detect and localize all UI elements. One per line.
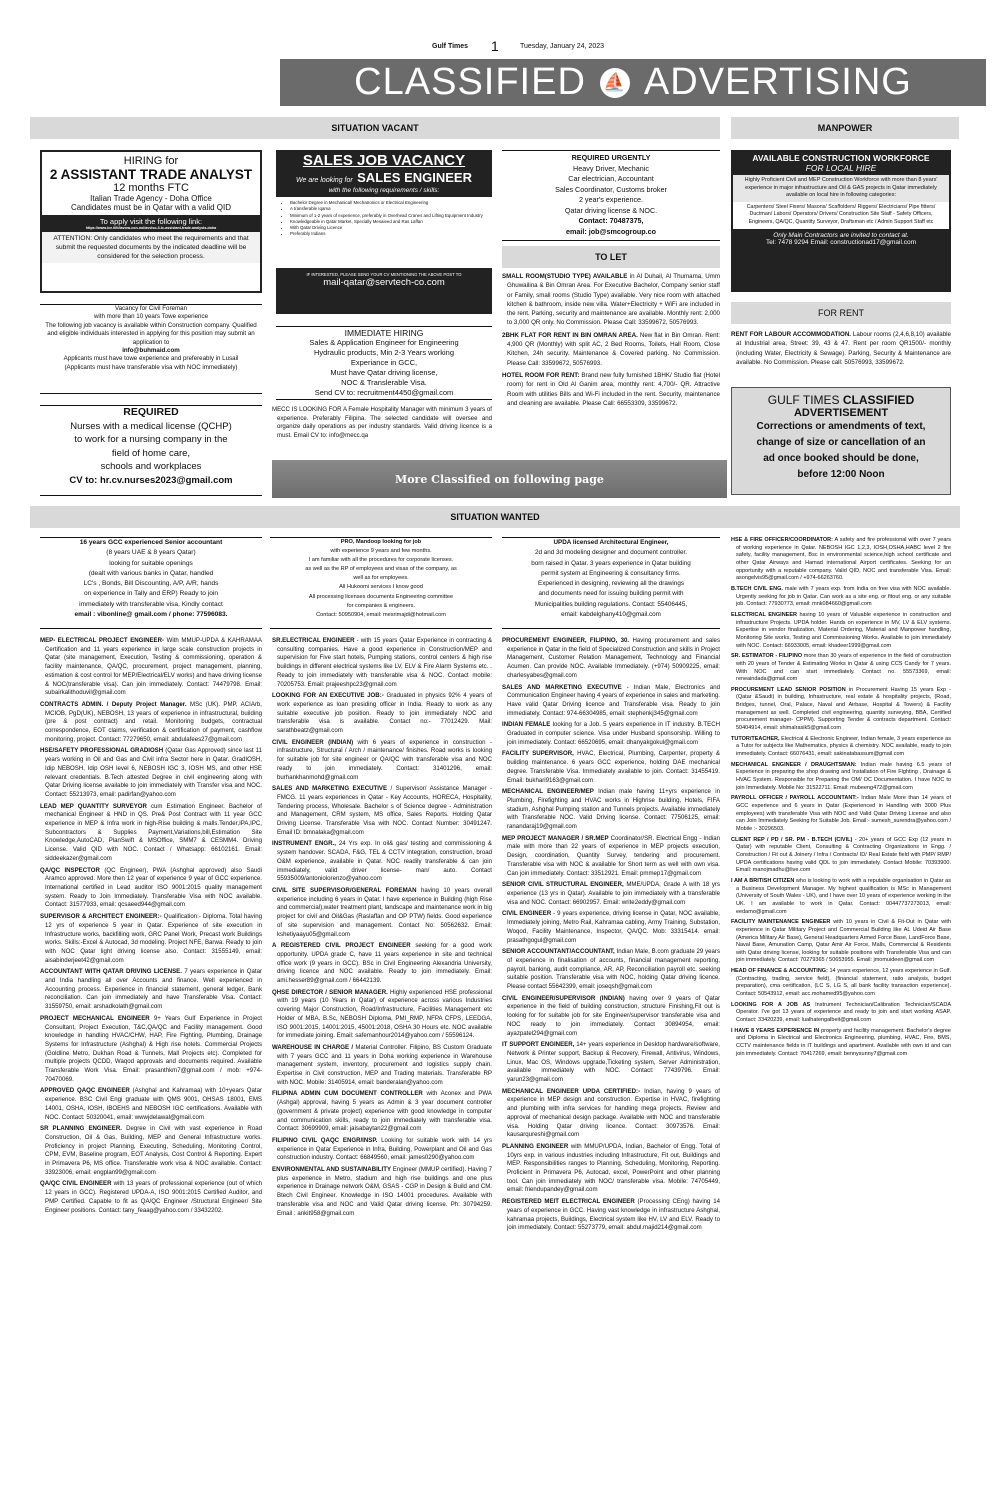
listing-text: Highly experienced HSE professional with… xyxy=(277,989,492,1040)
listing-text: (Qatar Gas Approved) since last 11 years… xyxy=(45,747,262,798)
listing: LEAD MEP QUANTITY SURVEYOR cum Estimatio… xyxy=(40,803,262,864)
listing: QA/QC INSPECTOR (QC Engineer), PWA (Ashg… xyxy=(40,867,262,911)
listing-heading: ENVIRONMENTAL AND SUSTAINABILITY xyxy=(272,1166,391,1173)
listing-heading: CIVIL ENGINEER (INDIAN) xyxy=(272,739,353,746)
ad-contact: Contact: 70487375, xyxy=(502,216,720,227)
ad-text: Candidates must be in Qatar with a valid… xyxy=(42,203,260,215)
listing-text: / Supervisor/ Assistance Manager - FMCG.… xyxy=(277,785,492,836)
listing: INSTRUMENT ENGR., 24 Yrs exp. In oil& ga… xyxy=(272,840,492,884)
listing: I HAVE 8 YEARS EXPERIENCE IN property an… xyxy=(731,1028,951,1059)
listing: WAREHOUSE IN CHARGE / Material Controlle… xyxy=(272,1044,492,1088)
ad-text: as well as the RP of employees and visas… xyxy=(270,565,492,574)
notice-heading: ADVERTISEMENT xyxy=(732,407,950,419)
listing-heading: MECHANICAL ENGINEER UPDA CERTIFIED:- xyxy=(502,1088,640,1095)
notice-text: ad once booked should be done, xyxy=(732,451,950,467)
ad-text: IF INTERESTED, PLEASE SEND YOUR CV MENTI… xyxy=(276,268,492,277)
listing: PLANNING ENGINEER with MMUP/UPDA, Indian… xyxy=(502,1143,720,1195)
ad-note: (Applicants must have transferable visa … xyxy=(40,364,262,372)
listing: SUPERVISOR & ARCHITECT ENGINEER:- Qualif… xyxy=(40,913,262,965)
listing: CLIENT REP / PD / SR. PM - B.TECH (CIVIL… xyxy=(731,837,951,875)
for-rent-listings: RENT FOR LABOUR ACCOMMODATION. Labour ro… xyxy=(731,330,951,370)
listing: HSE & FIRE OFFICER/COORDINATOR: A safety… xyxy=(731,537,951,583)
masthead-right: ADVERTISING xyxy=(644,61,912,104)
listing: PROJECT MECHANICAL ENGINEER 9+ Years Gul… xyxy=(40,1015,262,1085)
listing-heading: LOOKING FOR A JOB AS xyxy=(731,1002,810,1008)
apply-label: To apply visit the following link: xyxy=(43,217,259,226)
ad-text: Experiance in GCC, xyxy=(276,358,492,368)
listing: CIVIL ENGINEER (INDIAN) with 6 years of … xyxy=(272,739,492,783)
listing-heading: RENT FOR LABOUR ACCOMMODATION. xyxy=(731,331,851,338)
ad-senior-accountant: 16 years GCC experienced Senior accounta… xyxy=(40,537,262,629)
listing-heading: SMALL ROOM(STUDIO TYPE) AVAILABLE xyxy=(502,273,627,280)
listing-heading: PROCUREMENT LEAD SENIOR POSITION xyxy=(731,687,846,693)
listing-heading: A REGISTERED CIVIL PROJECT ENGINEER xyxy=(272,942,411,949)
ad-text: HIRING for xyxy=(42,152,260,167)
ad-email[interactable]: info@buhmaid.com xyxy=(40,347,262,355)
folio-line: Gulf Times 1 Tuesday, January 24, 2023 xyxy=(0,40,992,54)
listing: PROCUREMENT LEAD SENIOR POSITION in Proc… xyxy=(731,687,951,733)
listing-heading: HSE/SAFETY PROFESSIONAL GRADIOSH xyxy=(40,747,163,754)
section-manpower: MANPOWER xyxy=(731,117,959,139)
ad-nurses: REQUIRED Nurses with a medical license (… xyxy=(40,405,262,496)
notice-text: change of size or cancellation of an xyxy=(732,435,950,451)
ad-contact: email: kabdelghany410@gmail.com xyxy=(502,610,720,620)
ad-headline: Vacancy for Civil Foreman xyxy=(40,305,262,313)
ad-text: (8 years UAE & 8 years Qatar) xyxy=(40,548,262,558)
listing: REGISTERED MEIT ELECTRICAL ENGINEER (Pro… xyxy=(502,1198,720,1233)
ad-text: All processing licenses documents Engine… xyxy=(270,593,492,602)
listing-heading: CIVIL ENGINEER/SUPERVISOR (INDIAN) xyxy=(502,995,625,1002)
publication-name: Gulf Times xyxy=(432,43,468,50)
listing-heading: B.TECH CIVIL ENG. xyxy=(731,586,783,592)
ad-text: immediately with transferable visa. Kind… xyxy=(40,600,262,610)
notice-text: Corrections or amendments of text, xyxy=(732,419,950,435)
listing: HEAD OF FINANCE & ACCOUNTING: 14 years e… xyxy=(731,968,951,999)
ad-intro: Highly Proficient Civil and MEP Construc… xyxy=(733,175,949,202)
ad-note: Applicants must have towe experience and… xyxy=(40,355,262,363)
listing-text: 9+ Years Gulf Experience in Project Cons… xyxy=(45,1015,262,1083)
listing-heading: MECHANICAL ENGINEER/MEP xyxy=(502,788,594,795)
listing: MECHANICAL ENGINEER UPDA CERTIFIED:- Ind… xyxy=(502,1088,720,1140)
ad-email[interactable]: Send CV to: recruitment4450@gmail.com xyxy=(276,388,492,398)
listing-heading: I HAVE 8 YEARS EXPERIENCE IN xyxy=(731,1028,819,1034)
requirement-item: Preferably Indians xyxy=(290,231,486,237)
listing-heading: PROCUREMENT ENGINEER, FILIPINO, 30. xyxy=(502,637,629,644)
listing-heading: SENIOR ACCOUNTANT/ACCOUNTANT, xyxy=(502,948,615,955)
ad-headline: SALES JOB VACANCY xyxy=(276,150,492,169)
listing-heading: LOOKING FOR AN EXECUTIVE JOB:- xyxy=(272,692,384,699)
ad-text: The following job vacancy is available w… xyxy=(40,322,262,347)
listing: FILIPINO CIVIL QAQC ENGR/INSP. Looking f… xyxy=(272,1137,492,1163)
listing-heading: IT SUPPORT ENGINEER, xyxy=(502,1041,574,1048)
ad-text: 12 months FTC xyxy=(42,182,260,194)
ad-text: permit system at Engineering & consultan… xyxy=(502,569,720,579)
listing: TUTOR/TEACHER, Electrical & Electronic E… xyxy=(731,736,951,759)
listing-heading: SR.ELECTRICAL ENGINEER xyxy=(272,637,355,644)
notice-brand: CLASSIFIED xyxy=(843,393,914,407)
listing-heading: CIVIL ENGINEER xyxy=(502,910,551,917)
listing-heading: 2BHK FLAT FOR RENT IN BIN OMRAN AREA. xyxy=(502,332,638,339)
listing: LOOKING FOR AN EXECUTIVE JOB:- Graduated… xyxy=(272,692,492,736)
listing-text: With MMUP-UPDA & KAHRAMAA Certification … xyxy=(45,637,262,696)
listing: FACILITY MAINTENANCE ENGINEER with 10 ye… xyxy=(731,919,951,965)
notice-text: before 12:00 Noon xyxy=(732,467,950,483)
ad-text: Sales & Application Engineer for Enginee… xyxy=(276,338,492,348)
listing: I AM A BRITISH CITIZEN who is looking to… xyxy=(731,878,951,916)
listing-heading: LEAD MEP QUANTITY SURVEYOR xyxy=(40,803,147,810)
section-to-let: TO LET xyxy=(502,246,720,268)
ad-contact: Contact: 50950904, email: mesrimajdi@hot… xyxy=(270,611,492,620)
more-classified-banner[interactable]: More Classified on following page xyxy=(272,460,727,498)
ad-immediate-hiring: IMMEDIATE HIRING Sales & Application Eng… xyxy=(276,326,492,400)
listing-heading: FACILITY MAINTENANCE ENGINEER xyxy=(731,919,830,925)
ad-role: SALES ENGINEER xyxy=(357,170,472,185)
ad-text: with the following requirements / skills… xyxy=(276,187,492,194)
ad-text: schools and workplaces xyxy=(40,460,262,474)
listing: PAYROLL OFFICER / PAYROLL ACCOUNTANT:- I… xyxy=(731,795,951,833)
ad-headline: 16 years GCC experienced Senior accounta… xyxy=(40,538,262,548)
ad-text: All Hukoomi services I know good xyxy=(270,583,492,592)
masthead: CLASSIFIED ⛵ ADVERTISING xyxy=(280,59,986,106)
listing-heading: QA/QC CIVIL ENGINEER xyxy=(40,1180,112,1187)
listing: QA/QC CIVIL ENGINEER with 13 years of pr… xyxy=(40,1180,262,1215)
ad-text: with experience 9 years and few months. xyxy=(270,547,492,556)
ad-text: born raised in Qatar. 3 years experience… xyxy=(502,559,720,569)
listing: APPROVED QAQC ENGINEER (Ashghal and Kahr… xyxy=(40,1087,262,1122)
listing: B.TECH CIVIL ENG. male with 7 years exp.… xyxy=(731,586,951,609)
listing: HOTEL ROOM FOR RENT: Brand new fully fur… xyxy=(502,371,720,408)
ad-text: (dealt with various banks in Qatar, hand… xyxy=(40,569,262,579)
listing: FILIPINA ADMIN CUM DOCUMENT CONTROLLER w… xyxy=(272,1090,492,1134)
listing-text: MECC IS LOOKING FOR A Female Hospitality… xyxy=(272,406,492,440)
ad-email[interactable]: mail-qatar@servtech-co.com xyxy=(276,277,492,288)
listing-heading: QHSE DIRECTOR / SENIOR MANAGER. xyxy=(272,989,388,996)
ad-text: and documents need for issuing building … xyxy=(502,589,720,599)
listing: SR PLANNING ENGINEER. Degree in Civil wi… xyxy=(40,1125,262,1177)
apply-link[interactable]: https://www.ice.it/it/lavora-con-noi/avv… xyxy=(43,226,259,230)
listing: A REGISTERED CIVIL PROJECT ENGINEER seek… xyxy=(272,942,492,986)
listing: ACCOUNTANT WITH QATAR DRIVING LICENSE. 7… xyxy=(40,968,262,1012)
listing: PROCUREMENT ENGINEER, FILIPINO, 30. Havi… xyxy=(502,637,720,681)
listing: 2BHK FLAT FOR RENT IN BIN OMRAN AREA. Ne… xyxy=(502,331,720,368)
listing-heading: CIVIL SITE SUPERVISOR/GENERAL FOREMAN xyxy=(272,887,416,894)
ad-headline: UPDA licensed Architectural Engineer, xyxy=(502,538,720,548)
ad-text: Heavy Driver, Mechanic xyxy=(502,164,720,175)
ad-text: Hydraulic products, Min 2-3 Years workin… xyxy=(276,348,492,358)
listing-heading: SENIOR CIVIL STRUCTURAL ENGINEER, xyxy=(502,881,624,888)
attention-note: ATTENTION: Only candidates who meet the … xyxy=(42,232,260,263)
ad-contact: Tel: 7478 9294 Email: constructionad17@g… xyxy=(731,239,951,246)
ad-text: LC's , Bonds, Bill Discounting, A/P, A/R… xyxy=(40,579,262,589)
listing-heading: SR. ESTIMATOR - FILIPINO xyxy=(731,653,802,659)
ad-text: for companies & engineers. xyxy=(270,602,492,611)
ad-text: 2 year's experience. xyxy=(502,195,720,206)
listing-heading: INSTRUMENT ENGR., xyxy=(272,840,336,847)
listing: CIVIL SITE SUPERVISOR/GENERAL FOREMAN ha… xyxy=(272,887,492,939)
ad-contact: email : vibonline@ gmail.com / phone: 77… xyxy=(40,610,262,620)
listing-heading: HSE & FIRE OFFICER/COORDINATOR: xyxy=(731,537,833,543)
listing-text: Engineer (MMUP certified). Having 7 plus… xyxy=(277,1166,492,1217)
listing-heading: HEAD OF FINANCE & ACCOUNTING: xyxy=(731,968,828,974)
ad-text: Must have Qatar driving license, xyxy=(276,368,492,378)
listing-text: in Al Duhail, Al Thumama, Umm Ghuwailina… xyxy=(507,273,720,326)
to-let-listings: SMALL ROOM(STUDIO TYPE) AVAILABLE in Al … xyxy=(502,272,720,411)
section-situation-wanted: SITUATION WANTED xyxy=(30,506,960,528)
ad-text: Experienced in designing, reviewing all … xyxy=(502,579,720,589)
listing-text: cum Estimation Engineer. Bachelor of mec… xyxy=(45,803,262,862)
ad-text: to work for a nursing company in the xyxy=(40,433,262,447)
requirement-item: Minimum of 1-2 years of experience, pref… xyxy=(290,213,486,219)
ad-headline: REQUIRED URGENTLY xyxy=(502,153,720,164)
issue-date: Tuesday, January 24, 2023 xyxy=(520,43,604,50)
listing-heading: SR PLANNING ENGINEER. xyxy=(40,1125,122,1132)
listing-heading: PROJECT MECHANICAL ENGINEER xyxy=(40,1015,150,1022)
page-number: 1 xyxy=(491,38,499,54)
listing-heading: SALES AND MARKETING EXECUTIVE xyxy=(272,785,387,792)
listing: ELECTRICAL ENGINEER having 10 years of V… xyxy=(731,612,951,650)
requirements-list: Bachelor Degree in Mechanical/ Mechatron… xyxy=(276,197,492,268)
ad-upda-architect: UPDA licensed Architectural Engineer, 2d… xyxy=(502,537,720,629)
listing: SALES AND MARKETING EXECUTIVE / Supervis… xyxy=(272,785,492,837)
listing-text: with MMUP/UPDA, Indian, Bachelor of Engg… xyxy=(507,1143,720,1194)
wanted-column-2: SR.ELECTRICAL ENGINEER - with 15 years Q… xyxy=(272,637,492,1221)
listing-heading: PLANNING ENGINEER xyxy=(502,1143,568,1150)
ad-sales-engineer: SALES JOB VACANCY We are looking for SAL… xyxy=(276,150,492,314)
listing-text: Degree in Civil with vast experience in … xyxy=(45,1125,262,1176)
ad-email[interactable]: email: job@smcogroup.co xyxy=(502,227,720,238)
listing: QHSE DIRECTOR / SENIOR MANAGER. Highly e… xyxy=(272,989,492,1041)
listing-text: in Procurement Having 15 years Exp - (Qa… xyxy=(736,687,951,731)
ad-text: on experience in Tally and ERP) Ready to… xyxy=(40,589,262,599)
wanted-column-1: MEP- ELECTRICAL PROJECT ENGINEER- With M… xyxy=(40,637,262,1218)
listing: ENVIRONMENTAL AND SUSTAINABILITY Enginee… xyxy=(272,1166,492,1218)
listing: CONTRACTS ADMIN. / Deputy Project Manage… xyxy=(40,701,262,745)
listing-heading: TUTOR/TEACHER, xyxy=(731,736,779,742)
corrections-notice: GULF TIMES CLASSIFIED ADVERTISEMENT Corr… xyxy=(731,387,951,495)
listing: IT SUPPORT ENGINEER, 14+ years experienc… xyxy=(502,1041,720,1085)
notice-brand: GULF TIMES xyxy=(768,393,840,407)
ad-text: looking for suitable openings xyxy=(40,559,262,569)
listing-heading: CLIENT REP / PD / SR. PM - B.TECH (CIVIL… xyxy=(731,837,852,843)
listing-heading: SUPERVISOR & ARCHITECT ENGINEER:- xyxy=(40,913,161,920)
listing-heading: APPROVED QAQC ENGINEER xyxy=(40,1087,130,1094)
listing: SENIOR CIVIL STRUCTURAL ENGINEER, MME/UP… xyxy=(502,881,720,907)
listing-heading: QA/QC INSPECTOR xyxy=(40,867,100,874)
ad-text: with more than 10 years Towe experience xyxy=(40,313,262,321)
listing-heading: MECHANICAL ENGINEER / DRAUGHTSMAN: xyxy=(731,762,857,768)
listing-heading: ACCOUNTANT WITH QATAR DRIVING LICENSE. xyxy=(40,968,182,975)
listing: CIVIL ENGINEER - 9 years experience, dri… xyxy=(502,910,720,945)
listing: SALES AND MARKETING EXECUTIVE - Indian M… xyxy=(502,684,720,719)
listing-heading: FACILITY SUPERVISOR, xyxy=(502,750,574,757)
listing-text: Qualification:- Diploma. Total having 12… xyxy=(45,913,262,964)
listing-heading: REGISTERED MEIT ELECTRICAL ENGINEER xyxy=(502,1198,635,1205)
listing: HSE/SAFETY PROFESSIONAL GRADIOSH (Qatar … xyxy=(40,747,262,799)
listing-text: A safety and fire professional with over… xyxy=(736,537,951,581)
listing: FACILITY SUPERVISOR, HVAC, Electrical, P… xyxy=(502,750,720,785)
listing-heading: MEP PROJECT MANAGER / SR.MEP xyxy=(502,835,609,842)
ad-civil-foreman: Vacancy for Civil Foreman with more than… xyxy=(40,304,262,394)
ad-text: Italian Trade Agency - Doha Office xyxy=(42,194,260,203)
section-situation-vacant: SITUATION VACANT xyxy=(30,117,720,139)
ad-text: FOR LOCAL HIRE xyxy=(731,163,951,173)
listing: SMALL ROOM(STUDIO TYPE) AVAILABLE in Al … xyxy=(502,272,720,328)
ad-text: Only Main Contractors are invited to con… xyxy=(731,229,951,239)
ad-text: Nurses with a medical license (QCHP) xyxy=(40,420,262,434)
listing: CIVIL ENGINEER/SUPERVISOR (INDIAN) havin… xyxy=(502,995,720,1039)
listing: SENIOR ACCOUNTANT/ACCOUNTANT, Indian Mal… xyxy=(502,948,720,992)
ad-headline: IMMEDIATE HIRING xyxy=(276,328,492,338)
listing-heading: INDIAN FEMALE xyxy=(502,721,550,728)
ad-text: NOC & Translerable Visa. xyxy=(276,378,492,388)
listing: MECHANICAL ENGINEER / DRAUGHTSMAN: India… xyxy=(731,762,951,793)
section-for-rent: FOR RENT xyxy=(731,302,951,324)
listing-heading: PAYROLL OFFICER / PAYROLL ACCOUNTANT:- xyxy=(731,795,859,801)
listing: SR.ELECTRICAL ENGINEER - with 15 years Q… xyxy=(272,637,492,689)
listing-heading: ELECTRICAL ENGINEER xyxy=(731,612,797,618)
ad-text: We are looking for xyxy=(296,177,353,184)
wanted-column-3: PROCUREMENT ENGINEER, FILIPINO, 30. Havi… xyxy=(502,637,720,1236)
wanted-column-4: HSE & FIRE OFFICER/COORDINATOR: A safety… xyxy=(731,537,951,1061)
ad-text: Qatar driving license & NOC. xyxy=(502,206,720,217)
listing-text: Indian, having 9 years of experience in … xyxy=(507,1088,720,1139)
listing-heading: FILIPINO CIVIL QAQC ENGR/INSP. xyxy=(272,1137,377,1144)
listing: MEP- ELECTRICAL PROJECT ENGINEER- With M… xyxy=(40,637,262,698)
listing: RENT FOR LABOUR ACCOMMODATION. Labour ro… xyxy=(731,330,951,367)
ad-email[interactable]: CV to: hr.cv.nurses2023@gmail.com xyxy=(40,474,262,488)
listing: SR. ESTIMATOR - FILIPINO more than 30 ye… xyxy=(731,653,951,684)
listing-heading: HOTEL ROOM FOR RENT: xyxy=(502,372,579,379)
dhow-boat-icon: ⛵ xyxy=(600,68,630,98)
ad-pro-mandoop: PRO, Mandoop looking for job with experi… xyxy=(270,537,492,629)
ad-text: I am familiar with all the procedures fo… xyxy=(270,556,492,565)
listing: MEP PROJECT MANAGER / SR.MEP Coordinator… xyxy=(502,835,720,879)
listing-text: with 10 years in Civil & Fit-Out in Qata… xyxy=(736,919,951,963)
ad-text: Sales Coordinator, Customs broker xyxy=(502,185,720,196)
listing: MECHANICAL ENGINEER/MEP Indian male havi… xyxy=(502,788,720,832)
listing: LOOKING FOR A JOB AS Instrument Technici… xyxy=(731,1002,951,1025)
ad-headline: REQUIRED xyxy=(40,406,262,420)
listing: INDIAN FEMALE looking for a Job. 5 years… xyxy=(502,721,720,747)
ad-headline: PRO, Mandoop looking for job xyxy=(270,538,492,547)
ad-text: field of home care, xyxy=(40,447,262,461)
listing-heading: FILIPINA ADMIN CUM DOCUMENT CONTROLLER xyxy=(272,1090,423,1097)
listing-text: having 10 years overall experience inclu… xyxy=(277,887,492,938)
ad-text: Municipalities building regulations. Con… xyxy=(502,600,720,610)
listing-heading: MEP- ELECTRICAL PROJECT ENGINEER- xyxy=(40,637,164,644)
listing-heading: CONTRACTS ADMIN. / Deputy Project Manage… xyxy=(40,701,187,708)
ad-text: Car electrician, Accountant xyxy=(502,174,720,185)
masthead-left: CLASSIFIED xyxy=(354,61,586,104)
listing-text: - with 15 years Qatar Experience in cont… xyxy=(277,637,492,688)
ad-text: well as for employees. xyxy=(270,574,492,583)
listing-heading: WAREHOUSE IN CHARGE / xyxy=(272,1044,353,1051)
ad-text: 2d and 3d modeling designer and document… xyxy=(502,548,720,558)
ad-required-urgently: REQUIRED URGENTLY Heavy Driver, Mechanic… xyxy=(502,150,720,241)
ad-headline: 2 ASSISTANT TRADE ANALYST xyxy=(42,167,260,182)
ad-construction-workforce: AVAILABLE CONSTRUCTION WORKFORCE FOR LOC… xyxy=(731,150,951,292)
listing-heading: I AM A BRITISH CITIZEN xyxy=(731,878,794,884)
ad-categories: Carpenters/ Steel Fixers/ Masons/ Scaffo… xyxy=(733,202,949,229)
ad-trade-analyst: HIRING for 2 ASSISTANT TRADE ANALYST 12 … xyxy=(40,150,262,293)
ad-headline: AVAILABLE CONSTRUCTION WORKFORCE xyxy=(731,150,951,163)
listing-heading: SALES AND MARKETING EXECUTIVE xyxy=(502,684,622,691)
ad-mecc: MECC IS LOOKING FOR A Female Hospitality… xyxy=(272,406,492,443)
